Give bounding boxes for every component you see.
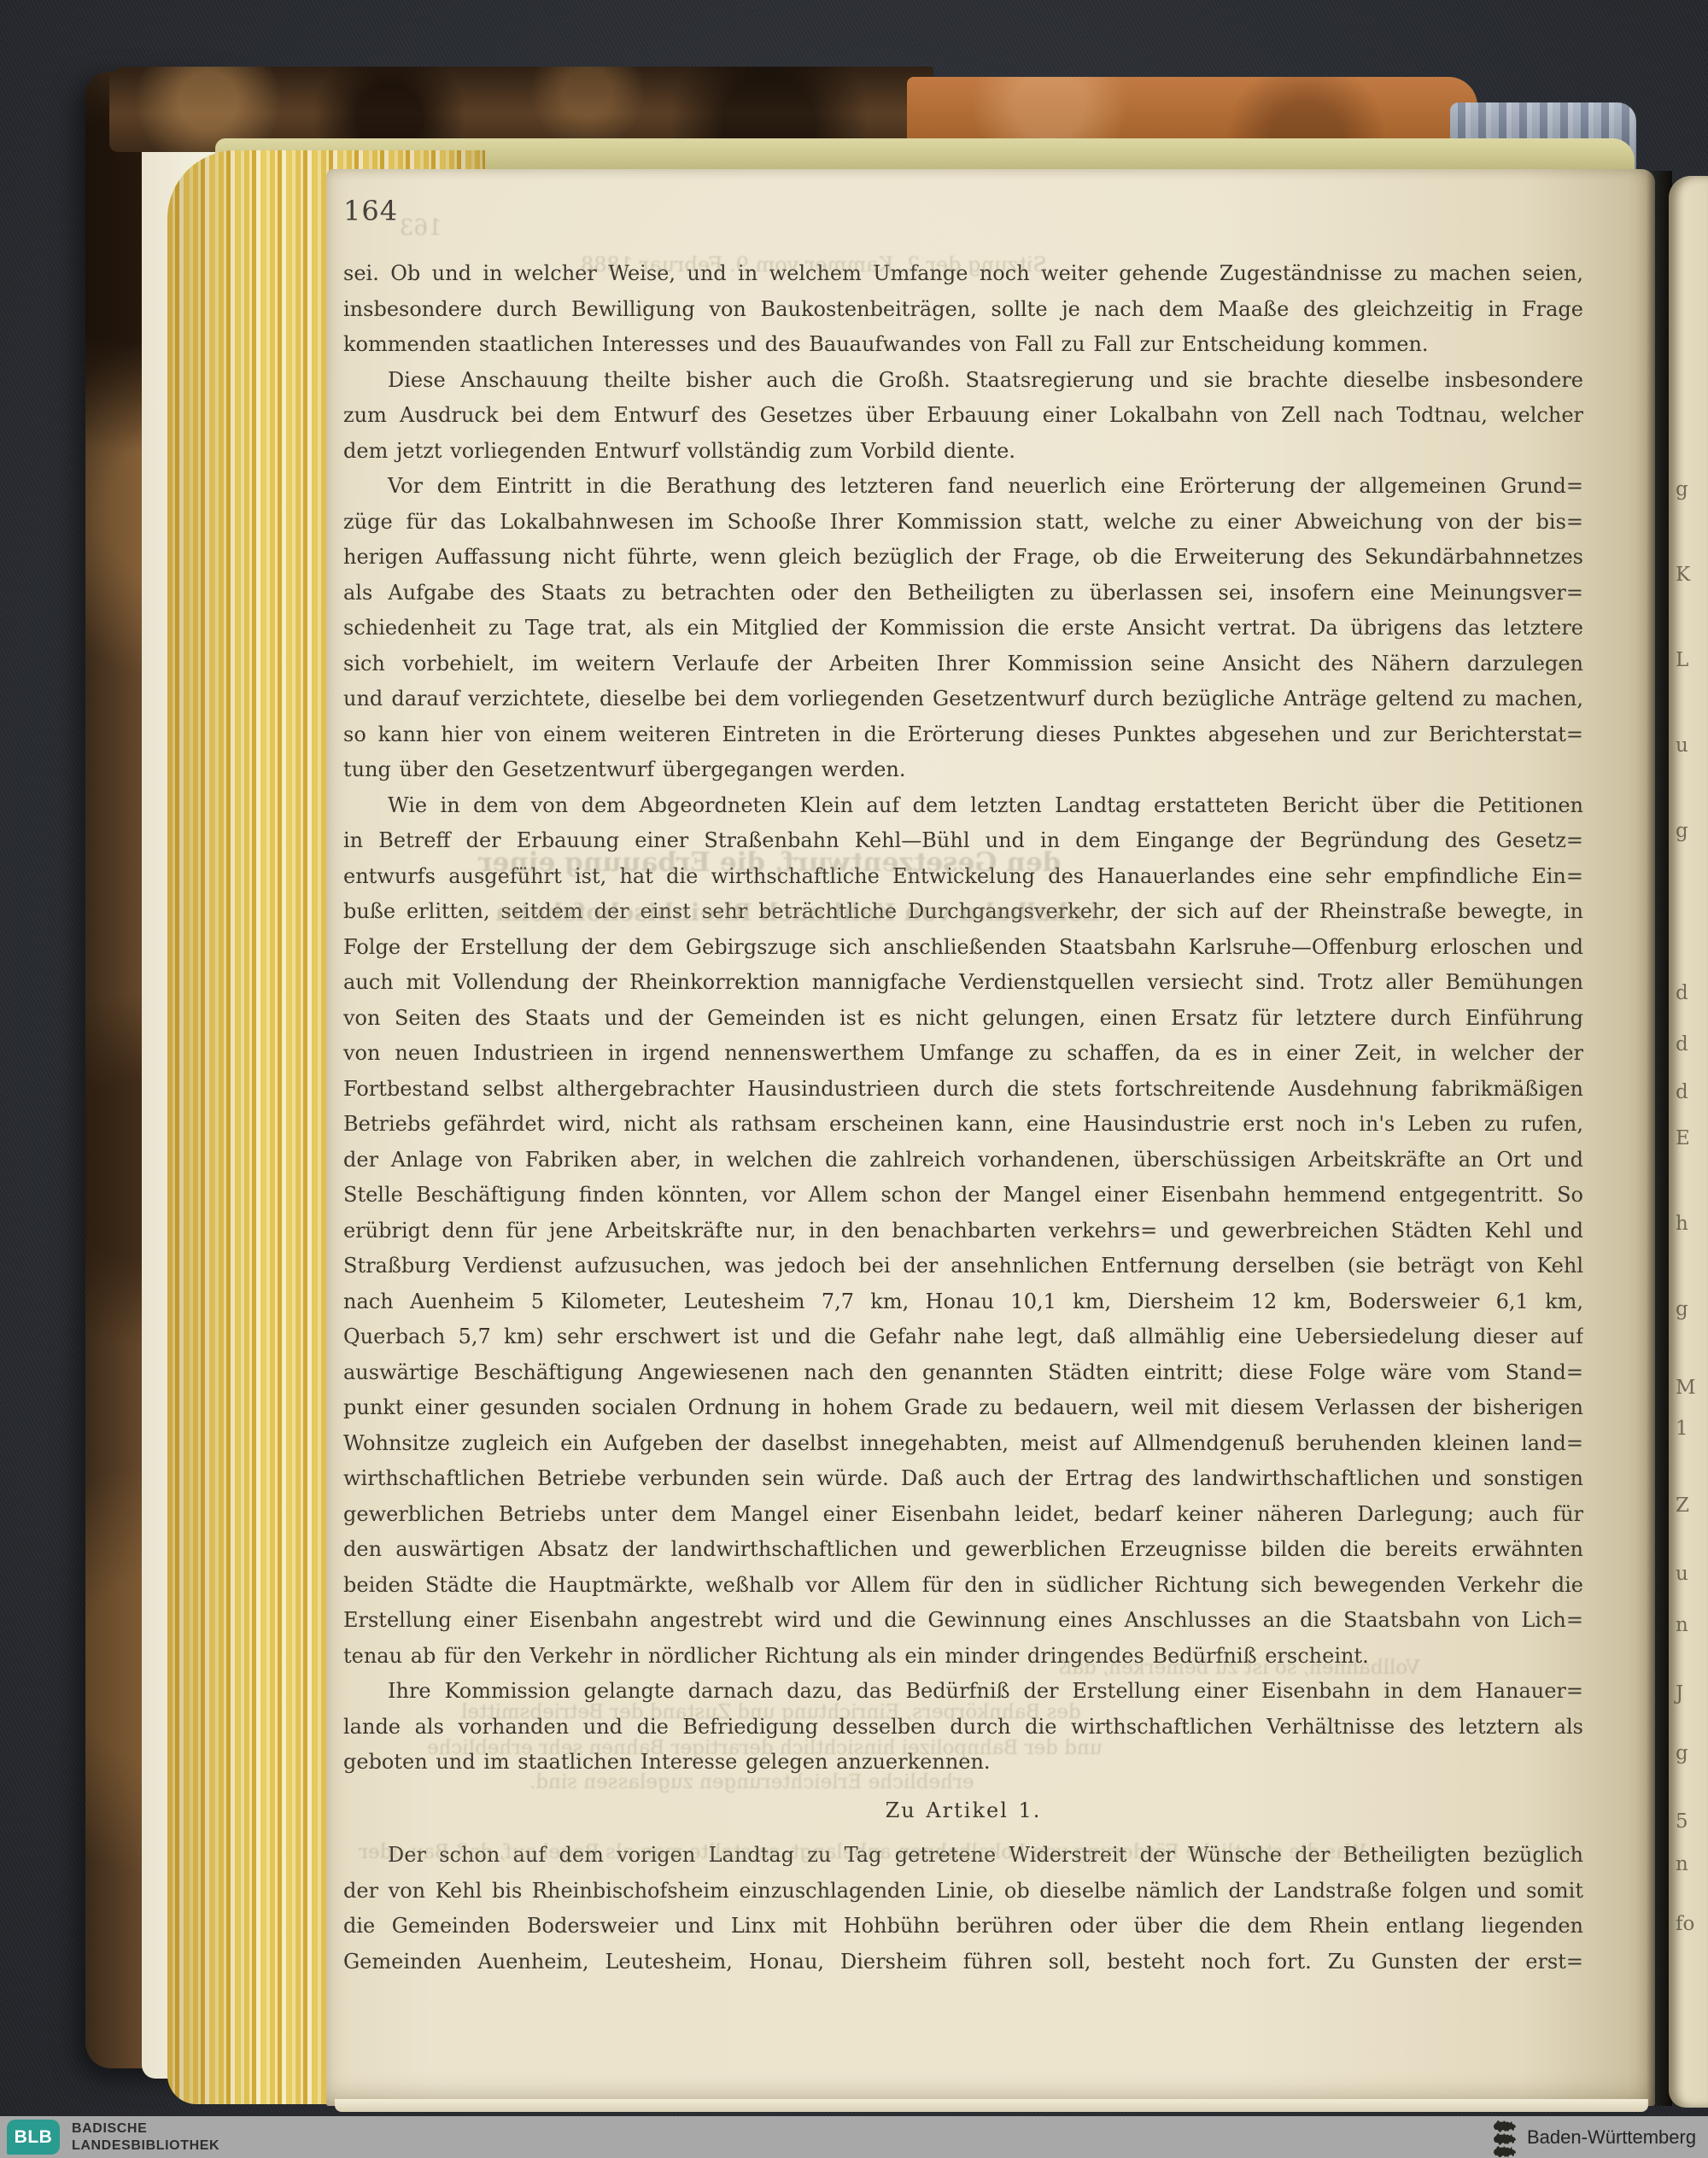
facing-page-letter-fragment: g	[1676, 820, 1688, 842]
text-line: der Anlage von Fabriken aber, in welchen…	[343, 1143, 1583, 1178]
baden-wuerttemberg-lions-icon	[1493, 2118, 1518, 2157]
text-line: Gemeinden Auenheim, Leutesheim, Honau, D…	[343, 1945, 1583, 1980]
facing-page-letter-fragment: 1	[1676, 1418, 1688, 1440]
facing-page-sliver: gKLugdddEhgM1ZunJg5nfo	[1669, 176, 1708, 2108]
text-line: den auswärtigen Absatz der landwirthscha…	[343, 1532, 1583, 1568]
text-line: Fortbestand selbst althergebrachter Haus…	[343, 1072, 1583, 1108]
text-line: der von Kehl bis Rheinbischofsheim einzu…	[343, 1874, 1583, 1909]
text-line: Betriebs gefährdet wird, nicht als raths…	[343, 1107, 1583, 1143]
text-line: gewerblichen Betriebs unter dem Mangel e…	[343, 1497, 1583, 1533]
facing-page-letter-fragment: 5	[1676, 1810, 1688, 1833]
blb-library-name-line2: LANDESBIBLIOTHEK	[72, 2138, 219, 2155]
text-line: insbesondere durch Bewilligung von Bauko…	[343, 292, 1583, 328]
facing-page-letter-fragment: d	[1676, 1081, 1688, 1103]
text-line: Wohnsitze zugleich ein Aufgeben der dase…	[343, 1426, 1583, 1462]
bleedthrough-text: des Bahnkörpers, Einrichtung und Zustand…	[461, 1701, 1081, 1723]
bleedthrough-text: und der Bahnpolizei hinsichtlich derarti…	[427, 1737, 1103, 1759]
text-line: Vor dem Eintritt in die Berathung des le…	[343, 469, 1583, 505]
text-line: als Aufgabe des Staats zu betrachten ode…	[343, 576, 1583, 611]
text-line: schiedenheit zu Tage trat, als ein Mitgl…	[343, 611, 1583, 646]
text-line: Diese Anschauung theilte bisher auch die…	[343, 363, 1583, 399]
text-line: und darauf verzichtete, dieselbe bei dem…	[343, 681, 1583, 717]
facing-page-letter-fragment: J	[1676, 1682, 1683, 1705]
facing-page-letter-fragment: g	[1676, 478, 1688, 500]
baden-wuerttemberg-block: Baden-Württemberg	[1493, 2116, 1696, 2158]
text-line: punkt einer gesunden socialen Ordnung in…	[343, 1390, 1583, 1426]
facing-page-letter-fragment: u	[1676, 1563, 1688, 1585]
text-line: von Seiten des Staats und der Gemeinden …	[343, 1001, 1583, 1037]
facing-page-letter-fragment: n	[1676, 1853, 1688, 1875]
text-line: wirthschaftlichen Betriebe verbunden sei…	[343, 1461, 1583, 1497]
text-line: Folge der Erstellung der dem Gebirgszuge…	[343, 930, 1583, 966]
facing-page-letter-fragment: d	[1676, 982, 1688, 1004]
text-line: herigen Auffassung nicht führte, wenn gl…	[343, 540, 1583, 576]
facing-page-letter-fragment: n	[1676, 1614, 1688, 1636]
blb-logo-abbr: BLB	[15, 2127, 53, 2148]
text-line: Stelle Beschäftigung finden könnten, vor…	[343, 1178, 1583, 1214]
bleedthrough-text: Was die staatliche Förderung von Lokalba…	[359, 1841, 1366, 1863]
bleedthrough-text: 163	[400, 215, 442, 241]
facing-page-letter-fragment: M	[1676, 1377, 1696, 1399]
facing-page-letter-fragment: K	[1676, 564, 1690, 586]
facing-page-letter-fragment: Z	[1676, 1494, 1689, 1517]
book-page-bottom-edge	[335, 2099, 1648, 2112]
facing-page-letter-fragment: d	[1676, 1033, 1688, 1056]
bleedthrough-text: Lokalbahn von Kehl nach Rheinbischofshei…	[495, 898, 1100, 927]
facing-page-letter-fragment: E	[1676, 1127, 1690, 1149]
text-line: kommenden staatlichen Interesses und des…	[343, 327, 1583, 363]
scanned-book-photo: gKLugdddEhgM1ZunJg5nfo 164 sei. Ob und i…	[0, 0, 1708, 2158]
text-line: von neuen Industrieen in irgend nennensw…	[343, 1036, 1583, 1072]
baden-wuerttemberg-label: Baden-Württemberg	[1527, 2126, 1696, 2149]
page-number: 164	[343, 195, 398, 227]
text-line: erübrigt denn für jene Arbeitskräfte nur…	[343, 1214, 1583, 1249]
text-line: Straßburg Verdienst aufzusuchen, was jed…	[343, 1249, 1583, 1284]
text-line: so kann hier von einem weiteren Eintrete…	[343, 717, 1583, 753]
blb-library-name: BADISCHE LANDESBIBLIOTHEK	[72, 2120, 219, 2155]
text-line: auch mit Vollendung der Rheinkorrektion …	[343, 965, 1583, 1001]
bleedthrough-text: den Gesetzentwurf, die Erbauung einer	[478, 847, 1061, 878]
text-line: züge für das Lokalbahnwesen im Schooße I…	[343, 505, 1583, 541]
facing-page-letter-fragment: g	[1676, 1298, 1688, 1320]
blb-library-name-line1: BADISCHE	[72, 2120, 219, 2138]
text-line: beiden Städte die Hauptmärkte, weßhalb v…	[343, 1568, 1583, 1604]
blb-logo: BLB	[7, 2120, 60, 2155]
bleedthrough-text: Vollbahnen, so ist zu bemerken, daß	[1059, 1657, 1420, 1679]
text-line: die Gemeinden Bodersweier und Linx mit H…	[343, 1909, 1583, 1945]
library-footer-bar	[0, 2116, 1708, 2158]
text-line: tung über den Gesetzentwurf übergegangen…	[343, 752, 1583, 788]
facing-page-letter-fragment: u	[1676, 734, 1688, 757]
text-line: dem jetzt vorliegenden Entwurf vollständ…	[343, 434, 1583, 470]
facing-page-letter-fragment: h	[1676, 1213, 1688, 1235]
facing-page-letter-fragment: g	[1676, 1742, 1688, 1764]
text-line: Wie in dem von dem Abgeordneten Klein au…	[343, 788, 1583, 824]
bleedthrough-text: erhebliche Erleichterungen zugelassen si…	[529, 1771, 974, 1793]
bleedthrough-text: Sitzung der 2. Kammer vom 9. Februar 188…	[581, 253, 1047, 277]
text-line: auswärtige Beschäftigung Angewiesenen na…	[343, 1355, 1583, 1391]
text-line: Erstellung einer Eisenbahn angestrebt wi…	[343, 1603, 1583, 1639]
text-line: zum Ausdruck bei dem Entwurf des Gesetze…	[343, 398, 1583, 434]
text-line: sich vorbehielt, im weitern Verlaufe der…	[343, 646, 1583, 682]
facing-page-letter-fragment: fo	[1676, 1913, 1694, 1935]
text-line: nach Auenheim 5 Kilometer, Leutesheim 7,…	[343, 1284, 1583, 1320]
facing-page-letter-fragment: L	[1676, 649, 1688, 671]
text-line: Querbach 5,7 km) sehr erschwert ist und …	[343, 1319, 1583, 1355]
